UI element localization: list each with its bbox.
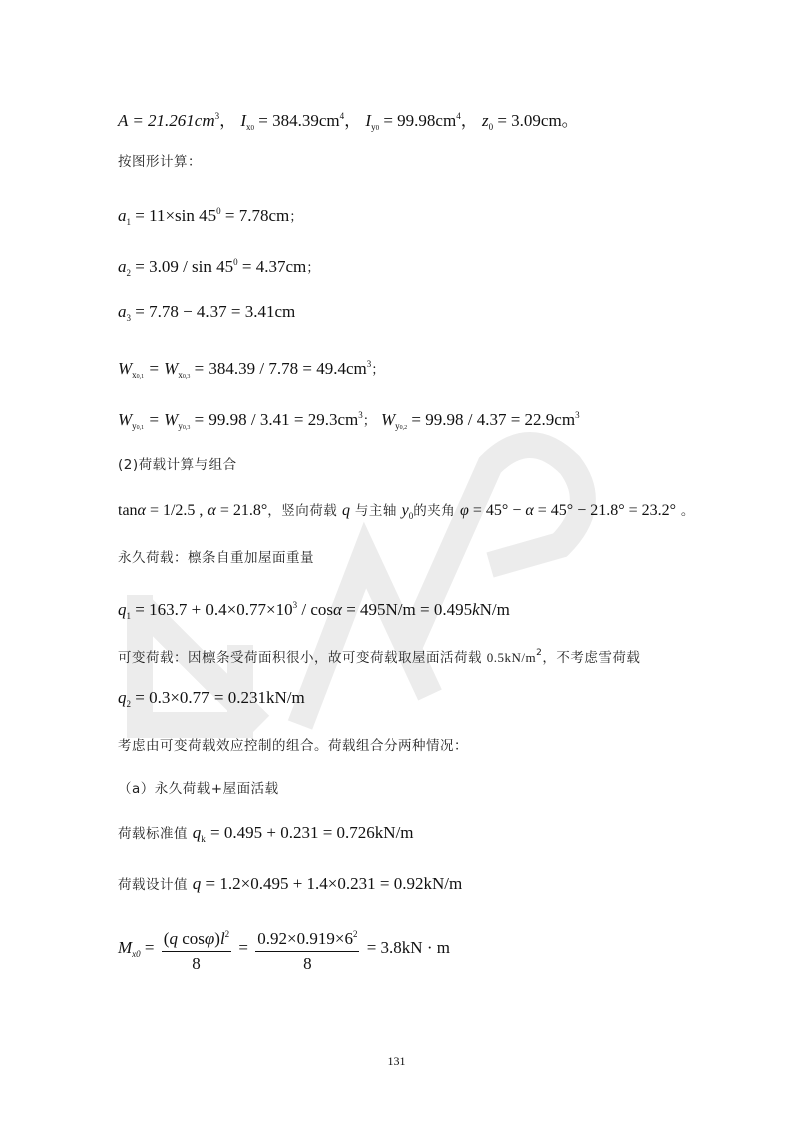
w-symbol: W	[381, 410, 395, 429]
period: 。	[676, 503, 695, 519]
a2-equation: a2 = 3.09 / sin 450 = 4.37cm；	[118, 250, 320, 285]
w-symbol: W	[118, 359, 132, 378]
text: 荷载设计值	[118, 877, 193, 893]
y-symbol: y	[402, 502, 409, 519]
q-symbol: q	[342, 502, 350, 519]
denominator: 8	[255, 952, 359, 976]
result: = 7.78cm	[221, 206, 290, 225]
live-load-value: 0.5kN/m	[487, 650, 536, 665]
a-symbol: a	[118, 257, 127, 276]
phi-symbol: φ	[205, 929, 214, 948]
calc-by-figure-heading: 按图形计算：	[118, 150, 202, 174]
alpha-symbol: α	[138, 502, 146, 519]
permanent-load-label: 永久荷载：檩条自重加屋面重量	[118, 546, 314, 570]
z0-value: = 3.09cm	[493, 111, 562, 130]
area-value: A = 21.261cm	[118, 111, 215, 130]
phi-symbol: φ	[460, 502, 469, 519]
angle-equation: tanα = 1/2.5 , α = 21.8°，竖向荷载 q 与主轴 y0的夹…	[118, 499, 695, 528]
separator: ，	[219, 111, 236, 130]
separator: ；	[371, 362, 385, 378]
result: = 3.8kN · m	[362, 938, 450, 957]
q-symbol: q	[118, 600, 127, 619]
period: 。	[562, 111, 579, 130]
expr: = 0.495 + 0.231 = 0.726kN/m	[206, 823, 414, 842]
expr: = 7.78 − 4.37 = 3.41cm	[131, 302, 295, 321]
separator: ；	[363, 413, 377, 429]
expr: = 21.8°	[216, 502, 267, 519]
exp: 3	[575, 410, 580, 420]
fraction-1: (q cosφ)l2 8	[162, 922, 231, 976]
expr: = 45° − 21.8° = 23.2°	[534, 502, 676, 519]
case-a-heading: （a）永久荷载+屋面活载	[118, 777, 279, 801]
unit: N/m	[480, 600, 510, 619]
text: ，竖向荷载	[267, 503, 342, 519]
variable-load-text: 可变荷载：因檩条受荷面积很小，故可变荷载取屋面活荷载 0.5kN/m2，不考虑雪…	[118, 641, 640, 670]
exp: 2	[353, 929, 358, 939]
a1-equation: a1 = 11×sin 450 = 7.78cm；	[118, 199, 303, 234]
expr: = 3.09 / sin 45	[131, 257, 233, 276]
denominator: 8	[162, 952, 231, 976]
sub: x0	[132, 949, 141, 959]
q2-equation: q2 = 0.3×0.77 = 0.231kN/m	[118, 686, 305, 716]
q-symbol: q	[118, 688, 127, 707]
wy-equation: Wy0,1 = Wy0,3 = 99.98 / 3.41 = 29.3cm3； …	[118, 403, 580, 440]
alpha-symbol: α	[333, 600, 342, 619]
w-symbol: W	[118, 410, 132, 429]
expr: = 11×sin 45	[131, 206, 216, 225]
q1-equation: q1 = 163.7 + 0.4×0.77×103 / cosα = 495N/…	[118, 593, 510, 628]
alpha-symbol: α	[525, 502, 533, 519]
cos: cos	[178, 929, 205, 948]
section-properties-line: A = 21.261cm3， Ix0 = 384.39cm4， Iy0 = 99…	[118, 104, 579, 140]
page-number: 131	[0, 1054, 793, 1069]
separator: ；	[289, 209, 303, 225]
w-symbol: = W	[144, 359, 178, 378]
expr: = 0.3×0.77 = 0.231kN/m	[131, 688, 305, 707]
a3-equation: a3 = 7.78 − 4.37 = 3.41cm	[118, 300, 295, 330]
expr: = 495N/m = 0.495	[342, 600, 472, 619]
iy-value: = 99.98cm	[379, 111, 456, 130]
separator: ，	[344, 111, 361, 130]
w-symbol: = W	[144, 410, 178, 429]
expr: = 99.98 / 3.41 = 29.3cm	[190, 410, 358, 429]
numerator: 0.92×0.919×62	[255, 922, 359, 952]
equals: =	[234, 938, 252, 957]
expr: = 384.39 / 7.78 = 49.4cm	[190, 359, 366, 378]
m-symbol: M	[118, 938, 132, 957]
expr: = 99.98 / 4.37 = 22.9cm	[407, 410, 575, 429]
equals: =	[141, 938, 159, 957]
qk-equation: 荷载标准值 qk = 0.495 + 0.231 = 0.726kN/m	[118, 821, 414, 851]
expr: = 1/2.5 ,	[146, 502, 207, 519]
numerator: (q cosφ)l2	[162, 922, 231, 952]
q-symbol: q	[169, 929, 178, 948]
z0-symbol: z	[482, 111, 489, 130]
expr: = 163.7 + 0.4×0.77×10	[131, 600, 293, 619]
exp: 2	[225, 929, 230, 939]
text: 荷载标准值	[118, 826, 193, 842]
expr: 0.92×0.919×6	[257, 929, 353, 948]
ix-value: = 384.39cm	[254, 111, 340, 130]
alpha-symbol: α	[207, 502, 215, 519]
separator: ，	[461, 111, 478, 130]
result: = 4.37cm	[238, 257, 307, 276]
expr: = 45° −	[469, 502, 525, 519]
section-heading-load-calc: (2)荷载计算与组合	[118, 453, 237, 477]
separator: ；	[306, 260, 320, 276]
a-symbol: a	[118, 302, 127, 321]
wx-equation: Wx0,1 = Wx0,3 = 384.39 / 7.78 = 49.4cm3；	[118, 352, 385, 389]
tan: tan	[118, 502, 138, 519]
expr: = 1.2×0.495 + 1.4×0.231 = 0.92kN/m	[201, 874, 462, 893]
a-symbol: a	[118, 206, 127, 225]
text: 与主轴	[350, 503, 402, 519]
q-design-equation: 荷载设计值 q = 1.2×0.495 + 1.4×0.231 = 0.92kN…	[118, 872, 462, 897]
combination-intro: 考虑由可变荷载效应控制的组合。荷载组合分两种情况：	[118, 734, 468, 758]
wps-watermark	[110, 395, 610, 775]
k: k	[472, 600, 480, 619]
fraction-2: 0.92×0.919×62 8	[255, 922, 359, 976]
moment-equation: Mx0 = (q cosφ)l2 8 = 0.92×0.919×62 8 = 3…	[118, 922, 450, 978]
text: 的夹角	[413, 503, 460, 519]
text: 可变荷载：因檩条受荷面积很小，故可变荷载取屋面活荷载	[118, 650, 487, 666]
text: ，不考虑雪荷载	[542, 650, 640, 666]
expr: / cos	[297, 600, 333, 619]
